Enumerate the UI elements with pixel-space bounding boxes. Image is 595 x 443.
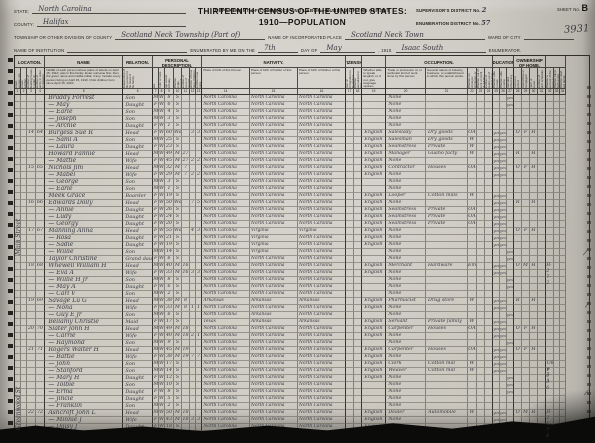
enumerated-year-label: , 1910. — [378, 48, 392, 53]
cell-ue — [477, 137, 485, 144]
cell-dw — [27, 116, 36, 123]
cell-fh — [530, 158, 538, 165]
cell-fh — [530, 291, 538, 298]
table-row: 1969Savage Lu GHeadMW38M8ArkansasArkansa… — [15, 298, 589, 305]
cell-in — [426, 396, 468, 403]
cell-bm: North Carolina — [298, 109, 346, 116]
cell-ym: 16 — [182, 270, 190, 277]
cell-rd: yes — [492, 172, 500, 179]
table-row: 1464Burgess Sue RHeadFW60Wd33North Carol… — [15, 130, 589, 137]
cell-bf: North Carolina — [250, 109, 298, 116]
cell-fm — [522, 361, 530, 368]
cell-fh — [530, 277, 538, 284]
cell-im — [345, 95, 354, 102]
cell-dw — [27, 158, 36, 165]
cell-rd: yes — [492, 200, 500, 207]
cell-nm: — George — [44, 179, 123, 186]
cell-dw — [27, 305, 36, 312]
cell-bp: North Carolina — [201, 277, 250, 284]
cell-fh — [530, 186, 538, 193]
cell-ue — [477, 284, 485, 291]
cell-fh: H — [530, 228, 538, 235]
cell-im — [345, 144, 354, 151]
cell-vt: H-2 7-2 — [545, 263, 554, 270]
cell-oc: None — [385, 158, 426, 165]
cell-mr: Wd — [174, 228, 182, 235]
cell-rl: Daught — [122, 396, 153, 403]
cell-bf: North Carolina — [250, 326, 298, 333]
cell-rd: yes — [492, 158, 500, 165]
cell-df — [560, 242, 566, 249]
cell-ag: 60 — [165, 130, 174, 137]
cell-ow — [513, 319, 522, 326]
cell-oc: None — [385, 396, 426, 403]
cell-ow: R — [513, 298, 522, 305]
county-value: Halifax — [43, 18, 68, 27]
cell-vt — [545, 144, 554, 151]
cell-wr: yes — [500, 333, 507, 340]
cell-in — [426, 249, 468, 256]
cell-ag: 14 — [165, 368, 174, 375]
cell-ow — [513, 249, 522, 256]
cell-fm: F — [522, 130, 530, 137]
column-group-header: NAME — [45, 56, 123, 68]
cell-nm: — Sadie — [44, 242, 123, 249]
cell-ue — [477, 368, 485, 375]
cell-lg — [361, 186, 386, 193]
cell-bf: North Carolina — [250, 221, 298, 228]
cell-em — [468, 123, 477, 130]
cell-ow — [513, 284, 522, 291]
cell-bm: Arkansas — [298, 319, 346, 326]
cell-ow — [513, 305, 522, 312]
cell-nm: — Earle — [44, 186, 123, 193]
cell-nm: Howard Fannie — [44, 151, 123, 158]
cell-mr: S — [174, 123, 182, 130]
cell-df — [560, 347, 566, 354]
cell-im — [345, 228, 354, 235]
cell-wr — [500, 340, 507, 347]
cell-wr: yes — [500, 165, 507, 172]
cell-em: OA — [468, 207, 477, 214]
cell-em: W — [468, 298, 477, 305]
cell-in: Dry goods — [426, 137, 468, 144]
cell-im — [345, 347, 354, 354]
enumerated-pre-label: ENUMERATED BY ME ON THE — [190, 48, 255, 53]
cell-rd — [492, 382, 500, 389]
cell-in — [426, 228, 468, 235]
cell-bm: North Carolina — [298, 151, 346, 158]
cell-sx: F — [152, 207, 159, 214]
cell-mr: S — [174, 242, 182, 249]
cell-bm: North Carolina — [298, 256, 346, 263]
cell-ue — [477, 158, 485, 165]
cell-rl: Head — [122, 165, 153, 172]
cell-bm: North Carolina — [298, 263, 346, 270]
column-header-dw: Number of dwelling house in order of vis… — [27, 68, 36, 89]
cell-mr: M — [174, 347, 182, 354]
cell-em — [468, 277, 477, 284]
cell-oc: Weaver — [385, 368, 426, 375]
cell-bf: North Carolina — [250, 144, 298, 151]
cell-fm — [522, 277, 530, 284]
cell-dw — [27, 319, 36, 326]
cell-fm — [522, 214, 530, 221]
cell-bp: North Carolina — [201, 165, 250, 172]
cell-ue — [477, 340, 485, 347]
cell-fh — [530, 340, 538, 347]
cell-ue — [477, 130, 485, 137]
cell-bp: North Carolina — [201, 214, 250, 221]
place-value: Scotland Neck Town — [351, 31, 424, 40]
table-row: Howard FannieHeadMW49M27North CarolinaNo… — [15, 151, 589, 158]
cell-bp: North Carolina — [201, 123, 250, 130]
cell-wr: yes — [500, 235, 507, 242]
cell-oc: None — [385, 256, 426, 263]
cell-dw — [27, 389, 36, 396]
cell-ow — [513, 158, 522, 165]
cell-df — [560, 158, 566, 165]
cell-mr: S — [174, 95, 182, 102]
cell-rd: yes — [492, 333, 500, 340]
cell-bf: North Carolina — [250, 403, 298, 410]
cell-bp: North Carolina — [201, 130, 250, 137]
cell-bf: Arkansas — [250, 298, 298, 305]
cell-nm: — Tolbie — [44, 382, 123, 389]
cell-im — [345, 137, 354, 144]
cell-ow — [513, 368, 522, 375]
cell-lg: English — [361, 200, 386, 207]
cell-bf: North Carolina — [250, 137, 298, 144]
cell-rl: Daught — [122, 389, 153, 396]
cell-bm: North Carolina — [298, 347, 346, 354]
cell-oc: None — [385, 172, 426, 179]
table-row: — Guy E JrSonMW6SNorth CarolinaArkansasN… — [15, 312, 589, 319]
cell-fh — [530, 361, 538, 368]
cell-wr: yes — [500, 158, 507, 165]
cell-im — [345, 123, 354, 130]
cell-in — [426, 172, 468, 179]
cell-im — [345, 291, 354, 298]
cell-fh — [530, 354, 538, 361]
cell-fh: H — [530, 130, 538, 137]
cell-rd — [492, 291, 500, 298]
cell-in — [426, 270, 468, 277]
cell-df — [560, 333, 566, 340]
cell-ue — [477, 396, 485, 403]
cell-in — [426, 354, 468, 361]
cell-df — [560, 116, 566, 123]
cell-ue — [477, 389, 485, 396]
cell-ym — [182, 221, 190, 228]
cell-ow — [513, 340, 522, 347]
cell-in: Private — [426, 221, 468, 228]
cell-ag: 2 — [165, 291, 174, 298]
cell-bm: North Carolina — [298, 116, 346, 123]
cell-oc: None — [385, 270, 426, 277]
cell-ue — [477, 144, 485, 151]
cell-rd — [492, 116, 500, 123]
cell-dw — [27, 151, 36, 158]
cell-ag: 49 — [165, 326, 174, 333]
cell-df — [560, 361, 566, 368]
cell-sx: M — [152, 361, 159, 368]
cell-bf: North Carolina — [250, 123, 298, 130]
cell-nm: — Georgy — [44, 221, 123, 228]
cell-dw — [27, 172, 36, 179]
cell-bf: North Carolina — [250, 284, 298, 291]
cell-rd: yes — [492, 137, 500, 144]
cell-dw — [27, 270, 36, 277]
cell-im — [345, 109, 354, 116]
cell-ag: 1 — [165, 123, 174, 130]
cell-bp: North Carolina — [201, 221, 250, 228]
cell-lg: English — [361, 242, 386, 249]
cell-ue — [477, 305, 485, 312]
cell-fm — [522, 305, 530, 312]
cell-dw — [27, 277, 36, 284]
cell-bp: North Carolina — [201, 375, 250, 382]
cell-vt — [545, 242, 554, 249]
cell-mr: M — [174, 354, 182, 361]
cell-df — [560, 186, 566, 193]
cell-df — [560, 284, 566, 291]
cell-nm: — Laura — [44, 144, 123, 151]
cell-rd — [492, 312, 500, 319]
cell-rl: Head — [122, 151, 153, 158]
cell-bp: Texas — [201, 319, 250, 326]
cell-bm: North Carolina — [298, 123, 346, 130]
cell-ow — [513, 221, 522, 228]
cell-oc: None — [385, 95, 426, 102]
cell-bf: North Carolina — [250, 158, 298, 165]
cell-nm: — Mabel — [44, 172, 123, 179]
cell-im — [345, 417, 354, 424]
cell-dw — [27, 144, 36, 151]
cell-vt — [545, 137, 554, 144]
cell-rl: Son — [122, 109, 153, 116]
cell-nm: — Ludy — [44, 214, 123, 221]
cell-nm: — Joseph — [44, 116, 123, 123]
cell-rl: Wife — [122, 270, 153, 277]
cell-wr: yes — [500, 214, 507, 221]
cell-oc: Manager — [385, 151, 426, 158]
cell-dw — [27, 284, 36, 291]
cell-ow — [513, 116, 522, 123]
cell-bm: Virginia — [298, 228, 346, 235]
cell-bm: North Carolina — [298, 270, 346, 277]
cell-rl: Daught — [122, 214, 153, 221]
cell-df — [560, 235, 566, 242]
cell-ue — [477, 214, 485, 221]
cell-wr: yes — [500, 305, 507, 312]
cell-fh — [530, 235, 538, 242]
cell-nm: Ashcroft John L — [44, 410, 123, 417]
cell-em — [468, 305, 477, 312]
cell-ym — [182, 368, 190, 375]
cell-vt — [545, 214, 554, 221]
cell-rd: yes — [492, 144, 500, 151]
cell-em: W — [468, 319, 477, 326]
cell-bf: North Carolina — [250, 263, 298, 270]
cell-dw — [27, 207, 36, 214]
cell-df — [560, 305, 566, 312]
cell-ow — [513, 109, 522, 116]
cell-mr: S — [174, 137, 182, 144]
cell-em: W — [468, 137, 477, 144]
cell-im — [345, 172, 354, 179]
cell-fm — [522, 368, 530, 375]
cell-rd: yes — [492, 319, 500, 326]
cell-sx: F — [152, 193, 159, 200]
cell-ue — [477, 179, 485, 186]
cell-bf: North Carolina — [250, 116, 298, 123]
cell-nm: Savage Lu G — [44, 298, 123, 305]
cell-bf: North Carolina — [250, 375, 298, 382]
cell-fm — [522, 158, 530, 165]
cell-nm: — Mattie — [44, 158, 123, 165]
cell-oc: Looper — [385, 193, 426, 200]
cell-nm: Slater John H — [44, 326, 123, 333]
cell-rd: yes — [492, 361, 500, 368]
cell-df — [560, 144, 566, 151]
cell-in — [426, 158, 468, 165]
column-group-header: LOCATION. — [15, 56, 45, 68]
cell-oc: Dealer — [385, 410, 426, 417]
cell-bp: North Carolina — [201, 256, 250, 263]
cell-im — [345, 200, 354, 207]
cell-bm: North Carolina — [298, 249, 346, 256]
cell-in — [426, 95, 468, 102]
cell-fh — [530, 333, 538, 340]
cell-fm — [522, 179, 530, 186]
cell-wr: yes — [500, 130, 507, 137]
cell-wr: yes — [500, 263, 507, 270]
cell-lg — [361, 249, 386, 256]
cell-df — [560, 375, 566, 382]
cell-bp: North Carolina — [201, 235, 250, 242]
cell-rl: Son — [122, 186, 153, 193]
table-row: — LudyDaughtFW24SNorth CarolinaNorth Car… — [15, 214, 589, 221]
cell-vt: 1 0 3 6 — [545, 368, 554, 375]
cell-in — [426, 403, 468, 410]
cell-ag: 40 — [165, 263, 174, 270]
cell-wr — [500, 284, 507, 291]
binder-holes — [8, 58, 13, 430]
cell-ym — [182, 130, 190, 137]
cell-fh — [530, 368, 538, 375]
cell-oc: None — [385, 375, 426, 382]
cell-sx: M — [152, 249, 159, 256]
cell-oc: Seamstress — [385, 221, 426, 228]
cell-mr: S — [174, 235, 182, 242]
cell-df — [560, 109, 566, 116]
cell-in: Houses — [426, 165, 468, 172]
cell-ag: 6 — [165, 102, 174, 109]
cell-ue — [477, 291, 485, 298]
cell-im — [345, 130, 354, 137]
column-group-header: OCCUPATION. — [386, 56, 493, 68]
cell-fh: H — [530, 326, 538, 333]
cell-em — [468, 396, 477, 403]
cell-sx: M — [152, 410, 159, 417]
cell-bm: North Carolina — [298, 102, 346, 109]
cell-ym: 18 — [182, 410, 190, 417]
cell-fm: F — [522, 165, 530, 172]
cell-sx: M — [152, 109, 159, 116]
cell-rl: Daught — [122, 123, 153, 130]
cell-fm: M — [522, 263, 530, 270]
cell-oc: None — [385, 102, 426, 109]
cell-lg: English — [361, 375, 386, 382]
cell-im — [345, 165, 354, 172]
cell-oc: Seamstress — [385, 207, 426, 214]
cell-dw — [27, 179, 36, 186]
cell-mr: M — [174, 151, 182, 158]
cell-mr: S — [174, 179, 182, 186]
cell-ue — [477, 116, 485, 123]
cell-ue — [477, 249, 485, 256]
cell-ue — [477, 207, 485, 214]
cell-em: W — [468, 361, 477, 368]
column-header-nm: NAME of each person whose place of abode… — [44, 68, 123, 89]
cell-oc: None — [385, 389, 426, 396]
cell-bp: North Carolina — [201, 305, 250, 312]
enumerated-mid-label: DAY OF — [301, 48, 317, 53]
cell-df — [560, 102, 566, 109]
cell-mr: S — [174, 361, 182, 368]
cell-vt — [545, 221, 554, 228]
cell-rd — [492, 123, 500, 130]
cell-ym — [182, 137, 190, 144]
column-header-vt: Whether a survivor of the Union or Confe… — [545, 68, 554, 89]
cell-im — [345, 333, 354, 340]
cell-nm: — Saml A — [44, 137, 123, 144]
cell-ag: 3 — [165, 116, 174, 123]
cell-lg: English — [361, 305, 386, 312]
cell-ym: 27 — [182, 158, 190, 165]
cell-bf: North Carolina — [250, 151, 298, 158]
cell-nm: — Earle — [44, 109, 123, 116]
cell-fh: H — [530, 263, 538, 270]
cell-dw — [27, 333, 36, 340]
cell-ag: 20 — [165, 221, 174, 228]
cell-em — [468, 312, 477, 319]
cell-ym — [182, 361, 190, 368]
cell-wr: yes — [500, 200, 507, 207]
cell-ue — [477, 95, 485, 102]
cell-mr: M — [174, 417, 182, 424]
cell-bf: North Carolina — [250, 172, 298, 179]
table-row: — JohnSonMW17SNorth CarolinaNorth Caroli… — [15, 361, 589, 368]
cell-in — [426, 102, 468, 109]
cell-rd — [492, 179, 500, 186]
enumerated-day-value: 7th — [264, 44, 276, 53]
cell-fm — [522, 172, 530, 179]
cell-fm — [522, 270, 530, 277]
cell-oc: None — [385, 403, 426, 410]
cell-lg: English — [361, 319, 386, 326]
cell-vt — [545, 151, 554, 158]
cell-im — [345, 368, 354, 375]
cell-bf: North Carolina — [250, 347, 298, 354]
cell-ow: O — [513, 130, 522, 137]
cell-in — [426, 375, 468, 382]
cell-rl: Son — [122, 179, 153, 186]
cell-mr: S — [174, 284, 182, 291]
cell-mr: S — [174, 256, 182, 263]
cell-rd — [492, 284, 500, 291]
